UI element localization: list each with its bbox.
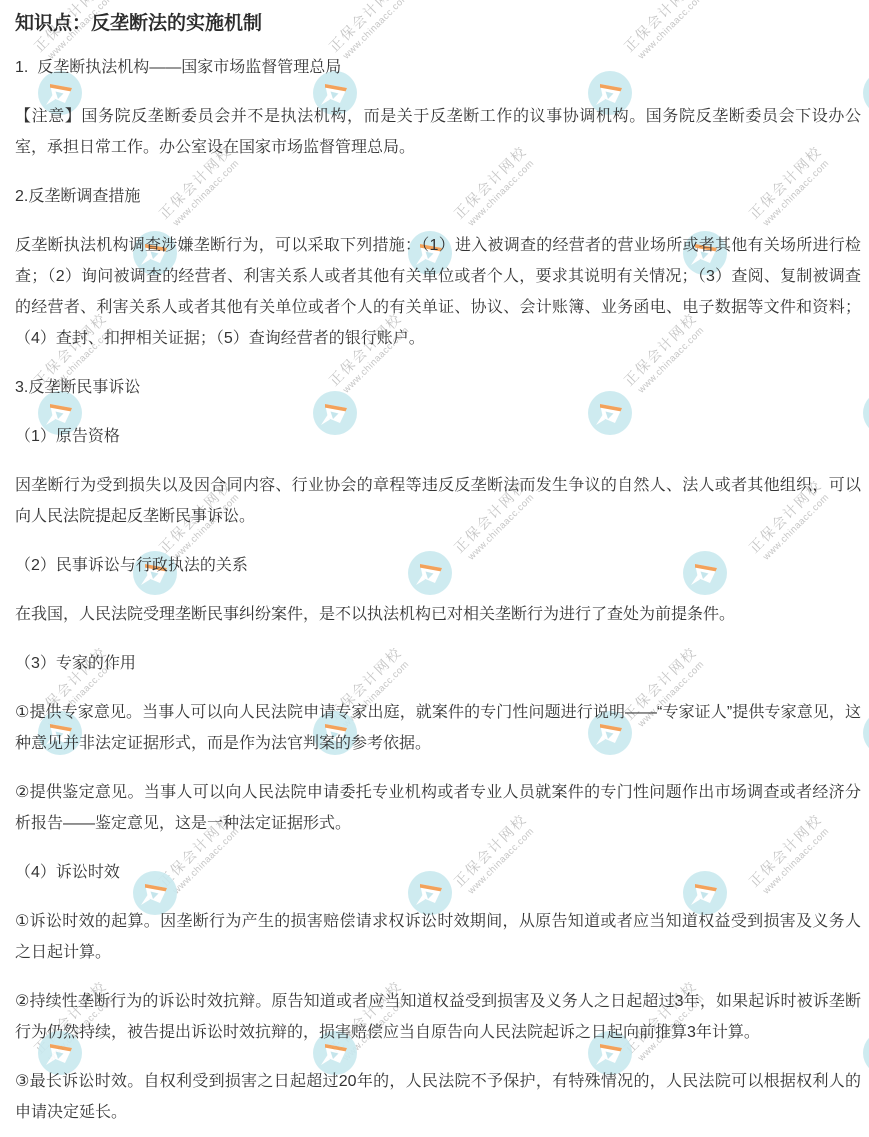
document-content: 知识点：反垄断法的实施机制 1. 反垄断执法机构——国家市场监督管理总局 【注意… (0, 0, 869, 1137)
limitation-start-paragraph: ①诉讼时效的起算。因垄断行为产生的损害赔偿请求权诉讼时效期间，从原告知道或者应当… (15, 906, 861, 968)
civil-vs-admin-paragraph: 在我国，人民法院受理垄断民事纠纷案件，是不以执法机构已对相关垄断行为进行了查处为… (15, 599, 861, 630)
item-2-heading: 2.反垄断调查措施 (15, 181, 861, 212)
plaintiff-qualification-paragraph: 因垄断行为受到损失以及因合同内容、行业协会的章程等违反反垄断法而发生争议的自然人… (15, 470, 861, 532)
note-paragraph: 【注意】国务院反垄断委员会并不是执法机构，而是关于反垄断工作的议事协调机构。国务… (15, 101, 861, 163)
knowledge-point-title: 知识点：反垄断法的实施机制 (15, 12, 861, 36)
sub-1-heading: （1）原告资格 (15, 421, 861, 452)
sub-4-heading: （4）诉讼时效 (15, 857, 861, 888)
expert-opinion-paragraph: ①提供专家意见。当事人可以向人民法院申请专家出庭，就案件的专门性问题进行说明——… (15, 697, 861, 759)
sub-3-heading: （3）专家的作用 (15, 648, 861, 679)
item-1-heading: 1. 反垄断执法机构——国家市场监督管理总局 (15, 52, 861, 83)
limitation-defense-paragraph: ②持续性垄断行为的诉讼时效抗辩。原告知道或者应当知道权益受到损害及义务人之日起超… (15, 986, 861, 1048)
appraisal-opinion-paragraph: ②提供鉴定意见。当事人可以向人民法院申请委托专业机构或者专业人员就案件的专门性问… (15, 777, 861, 839)
item-3-heading: 3.反垄断民事诉讼 (15, 372, 861, 403)
max-limitation-paragraph: ③最长诉讼时效。自权利受到损害之日起超过20年的，人民法院不予保护，有特殊情况的… (15, 1066, 861, 1128)
investigation-measures-paragraph: 反垄断执法机构调查涉嫌垄断行为，可以采取下列措施：（1）进入被调查的经营者的营业… (15, 230, 861, 354)
document-page: 正保会计网校www.chinaacc.com正保会计网校www.chinaacc… (0, 0, 869, 1137)
sub-2-heading: （2）民事诉讼与行政执法的关系 (15, 550, 861, 581)
